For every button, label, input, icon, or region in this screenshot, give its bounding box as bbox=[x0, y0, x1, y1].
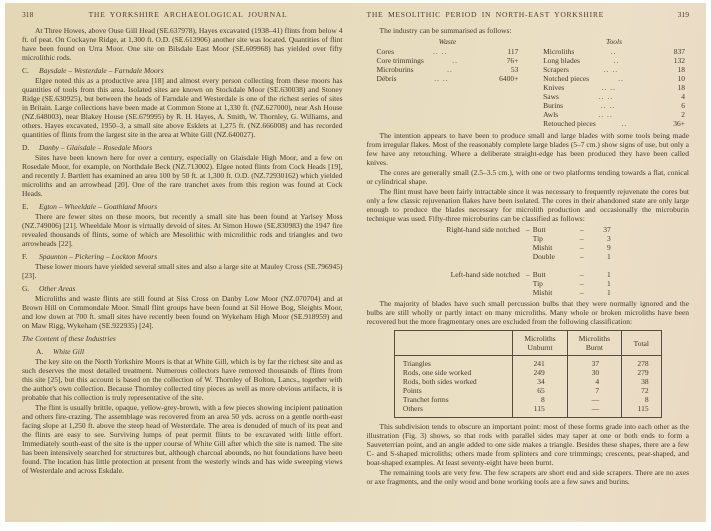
classification-row: Tip–3 bbox=[405, 234, 651, 243]
content-heading: The Content of these Industries bbox=[22, 334, 343, 343]
list-item: Long blades..132 bbox=[543, 56, 685, 65]
section-title: Other Areas bbox=[39, 284, 75, 293]
page-right: THE MESOLITHIC PERIOD IN NORTH-EAST YORK… bbox=[356, 3, 707, 522]
running-title-right: THE MESOLITHIC PERIOD IN NORTH-EAST YORK… bbox=[367, 10, 678, 19]
tools-header: Tools bbox=[543, 37, 685, 46]
waste-column: Waste Cores.. ..117 Core trimmings..76+ … bbox=[377, 37, 519, 128]
dot-leader: .. bbox=[424, 56, 487, 65]
page-number-right: 319 bbox=[678, 10, 689, 19]
dot-leader: .. .. bbox=[559, 92, 653, 101]
section-title: Baysdale – Westerdale – Farndale Moors bbox=[39, 66, 164, 75]
page-left: 318 THE YORKSHIRE ARCHAEOLOGICAL JOURNAL… bbox=[5, 3, 356, 522]
dash: – bbox=[575, 279, 589, 288]
paragraph: The cores are generally small (2.5–3.5 c… bbox=[367, 168, 690, 186]
classification-row: Mishit–9 bbox=[405, 243, 651, 252]
classification-row: Tip–1 bbox=[405, 279, 651, 288]
running-header-left: 318 THE YORKSHIRE ARCHAEOLOGICAL JOURNAL bbox=[22, 10, 343, 19]
list-item: Microliths..837 bbox=[543, 47, 685, 56]
classification-row: Right-hand side notched–Butt–37 bbox=[405, 225, 651, 234]
list-item: Core trimmings..76+ bbox=[377, 56, 519, 65]
dot-leader: .. bbox=[589, 74, 653, 83]
dash: – bbox=[575, 225, 589, 234]
table-row: Points 65 7 72 bbox=[394, 386, 661, 395]
table-row: Tranchet forms 8 — 8 bbox=[394, 395, 661, 404]
microburin-classification: Right-hand side notched–Butt–37 Tip–3 Mi… bbox=[405, 225, 651, 297]
section-heading-e: E.Egton – Wheeldale – Goathland Moors bbox=[22, 202, 343, 211]
paragraph: The majority of blades have such small p… bbox=[367, 299, 690, 326]
dot-leader: .. bbox=[596, 119, 653, 128]
dot-leader: .. .. bbox=[394, 47, 486, 56]
section-title: Danby – Glaisdale – Rosedale Moors bbox=[39, 143, 152, 152]
paragraph: There are fewer sites on these moors, bu… bbox=[22, 212, 343, 248]
dash: – bbox=[523, 225, 533, 234]
paragraph: Microliths and waste flints are still fo… bbox=[22, 294, 343, 330]
table-header-cell: Microliths Unburnt bbox=[513, 331, 567, 356]
paragraph: The key site on the North Yorkshire Moor… bbox=[22, 357, 343, 402]
section-letter: C. bbox=[22, 66, 39, 75]
book-spread: 318 THE YORKSHIRE ARCHAEOLOGICAL JOURNAL… bbox=[5, 3, 706, 522]
dash: – bbox=[575, 234, 589, 243]
dot-leader: .. .. bbox=[563, 101, 653, 110]
paragraph: The industry can be summarised as follow… bbox=[367, 26, 690, 35]
running-title-left: THE YORKSHIRE ARCHAEOLOGICAL JOURNAL bbox=[33, 10, 342, 19]
paragraph: The flint is usually brittle, opaque, ye… bbox=[22, 403, 343, 475]
section-letter: A. bbox=[36, 347, 53, 356]
table-header-cell bbox=[394, 331, 512, 356]
microlith-table: Microliths Unburnt Microliths Burnt Tota… bbox=[394, 330, 662, 418]
list-item: Notched pieces..10 bbox=[543, 74, 685, 83]
table-header-row: Microliths Unburnt Microliths Burnt Tota… bbox=[394, 331, 661, 356]
table-header-cell: Microliths Burnt bbox=[567, 331, 621, 356]
list-item: Awls.. ..2 bbox=[543, 110, 685, 119]
section-heading-c: C.Baysdale – Westerdale – Farndale Moors bbox=[22, 66, 343, 75]
section-title: Egton – Wheeldale – Goathland Moors bbox=[39, 202, 157, 211]
dot-leader: .. .. bbox=[564, 83, 653, 92]
dot-leader: .. .. bbox=[397, 74, 487, 83]
list-item: Saws.. ..4 bbox=[543, 92, 685, 101]
table-row: Rods, one side worked 249 30 279 bbox=[394, 368, 661, 377]
waste-header: Waste bbox=[377, 37, 519, 46]
dash: – bbox=[575, 243, 589, 252]
table-header-cell: Total bbox=[622, 331, 662, 356]
list-item: Cores.. ..117 bbox=[377, 47, 519, 56]
running-header-right: THE MESOLITHIC PERIOD IN NORTH-EAST YORK… bbox=[367, 10, 690, 19]
paragraph: The intention appears to have been to pr… bbox=[367, 131, 690, 167]
dot-leader: .. bbox=[574, 47, 653, 56]
dot-leader: .. bbox=[414, 65, 487, 74]
paragraph: This subdivision tends to obscure an imp… bbox=[367, 422, 690, 467]
section-letter: F. bbox=[22, 252, 39, 261]
section-title: White Gill bbox=[53, 347, 84, 356]
table-row: Triangles 241 37 278 bbox=[394, 356, 661, 369]
paragraph: These lower moors have yielded several s… bbox=[22, 262, 343, 280]
table-row: Rods, both sides worked 34 4 38 bbox=[394, 377, 661, 386]
list-item: Microburins..53 bbox=[377, 65, 519, 74]
list-item: Knives.. ..18 bbox=[543, 83, 685, 92]
classification-row: Mishit–1 bbox=[405, 288, 651, 297]
dot-leader: .. bbox=[580, 56, 653, 65]
section-letter: G. bbox=[22, 284, 39, 293]
dot-leader: .. .. bbox=[569, 65, 653, 74]
tools-column: Tools Microliths..837 Long blades..132 S… bbox=[543, 37, 685, 128]
paragraph: Sites have been known here for over a ce… bbox=[22, 153, 343, 198]
classification-row: Left-hand side notched–Butt–1 bbox=[405, 270, 651, 279]
classification-row: Double–1 bbox=[405, 252, 651, 261]
section-title: Spaunton – Pickering – Lockton Moors bbox=[39, 252, 157, 261]
table-row: Others 115 — 115 bbox=[394, 404, 661, 418]
section-heading-a: A.White Gill bbox=[22, 347, 343, 356]
dot-leader: .. .. bbox=[558, 110, 653, 119]
dash: – bbox=[575, 270, 589, 279]
list-item: Retouched pieces..36+ bbox=[543, 119, 685, 128]
section-letter: E. bbox=[22, 202, 39, 211]
list-item: Burins.. ..6 bbox=[543, 101, 685, 110]
paragraph: The remaining tools are very few. The fe… bbox=[367, 468, 690, 486]
section-letter: D. bbox=[22, 143, 39, 152]
dash: – bbox=[523, 270, 533, 279]
section-heading-f: F.Spaunton – Pickering – Lockton Moors bbox=[22, 252, 343, 261]
paragraph: At Three Howes, above Ouse Gill Head (SE… bbox=[22, 26, 343, 62]
list-item: Scrapers.. ..18 bbox=[543, 65, 685, 74]
page-number-left: 318 bbox=[22, 10, 33, 19]
section-heading-d: D.Danby – Glaisdale – Rosedale Moors bbox=[22, 143, 343, 152]
dash: – bbox=[575, 288, 589, 297]
paragraph: The flint must have been fairly intracta… bbox=[367, 187, 690, 223]
paragraph: Elgee noted this as a productive area [1… bbox=[22, 76, 343, 139]
industry-summary-list: Waste Cores.. ..117 Core trimmings..76+ … bbox=[377, 37, 686, 128]
dash: – bbox=[575, 252, 589, 261]
section-heading-g: G.Other Areas bbox=[22, 284, 343, 293]
list-item: Débris.. ..6400+ bbox=[377, 74, 519, 83]
